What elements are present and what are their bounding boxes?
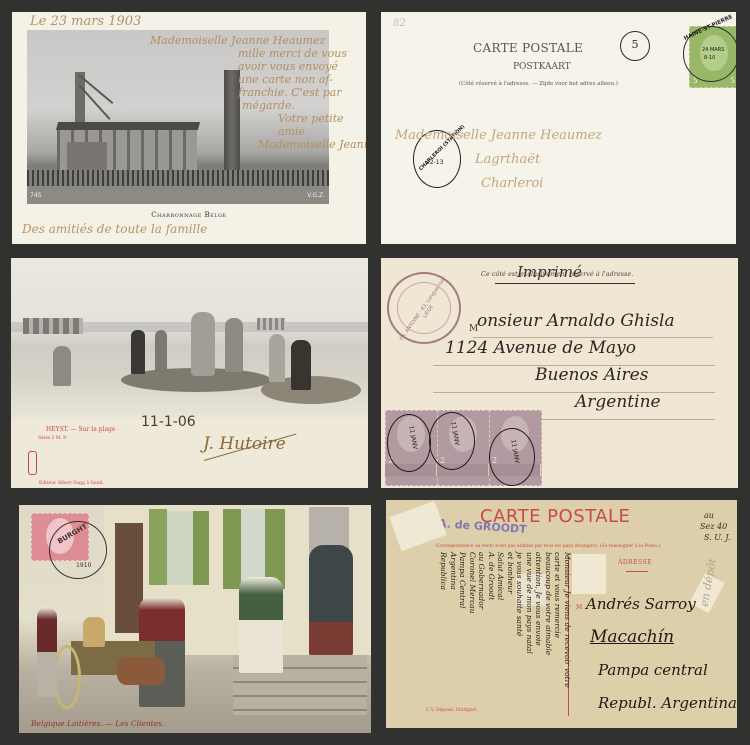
address-instruction: (Côté réservé à l'adresse. — Zijde voor … xyxy=(459,81,618,87)
postcard-charbonnage-front: Le 23 mars 1903 745 V.G.Z. Mademoiselle … xyxy=(12,12,366,244)
signature: J. Hutoire xyxy=(203,434,286,454)
photo-caption: HEYST. — Sur la plage xyxy=(46,426,115,433)
postcard-laitieres-front: BURGHT 1910 Belgique Laitières. — Les Cl… xyxy=(19,505,371,733)
handwritten-imprime: Imprimé xyxy=(517,263,582,281)
postcard-heyst-front: 11-1-06 HEYST. — Sur la plage Série 2 M.… xyxy=(11,258,368,488)
beach-cabins xyxy=(23,318,83,334)
burght-postmark: BURGHT 1910 xyxy=(49,521,107,579)
sender-cachet: FR. ANTOINE · 63, Longue rue · LIÈGE xyxy=(387,272,461,344)
handwritten-address: onsieur Arnaldo Ghisla 1124 Avenue de Ma… xyxy=(477,308,675,416)
green-shutter xyxy=(241,509,265,585)
handwritten-date: Le 23 mars 1903 xyxy=(30,14,141,29)
cart-wheel xyxy=(53,645,81,709)
green-shutter xyxy=(193,511,209,585)
postcard-laitieres-back: CARTE POSTALE A. de GROODT Correspondanc… xyxy=(386,500,737,728)
departure-postmark: HAINE-ST-PIERRE 24 MARS 8-10 xyxy=(683,26,736,82)
milkmaid xyxy=(239,577,283,673)
postage-stamp-strip: 2 2 2 11 JANV 11 JANV 11 JANV xyxy=(385,410,541,486)
handwritten-date: 11-1-06 xyxy=(141,414,196,430)
green-shutter xyxy=(149,509,167,585)
publisher-logo xyxy=(28,451,37,475)
photo-caption: Charbonnage Belge xyxy=(12,211,366,219)
postcard-heyst-back: Ce côté est exclusivement réservé à l'ad… xyxy=(381,258,738,488)
handwritten-message: Mademoiselle Jeanne Heaumez mille merci … xyxy=(150,34,366,151)
woman-at-door xyxy=(309,545,353,655)
printer-imprint: C.V. Déposé, Stuttgart xyxy=(426,708,477,713)
fence xyxy=(27,170,329,186)
card-title: CARTE POSTALE xyxy=(473,41,583,55)
series-number: Série 2 M. 9 xyxy=(38,436,66,441)
card-subtitle: POSTKAART xyxy=(513,62,571,72)
tax-circle-mark: 5 xyxy=(620,31,650,61)
photo-mark-right: V.G.Z. xyxy=(307,192,325,199)
address-label: ADRESSE xyxy=(618,559,652,566)
corner-pencil-note: 82 xyxy=(393,18,406,29)
child-figure xyxy=(53,346,71,386)
child-figure xyxy=(37,607,57,697)
draught-dog xyxy=(117,657,165,685)
green-shutter xyxy=(167,511,193,585)
corner-note: au Sez 40 S. U. J. xyxy=(704,510,731,543)
postcard-charbonnage-back: 82 CARTE POSTALE POSTKAART (Côté réservé… xyxy=(381,12,736,244)
publisher-imprint: Éditeur Albert Sugg à Gand. xyxy=(39,481,104,486)
green-shutter xyxy=(223,509,241,589)
photo-mark-left: 745 xyxy=(30,192,41,199)
beach-photo xyxy=(11,258,368,420)
handwritten-message: Monsieur Je viens de recevoir votre cart… xyxy=(439,552,572,722)
photo-caption: Belgique Laitières. — Les Clientes. xyxy=(31,719,164,728)
address-prefix: M xyxy=(576,604,582,611)
handwritten-greeting: Des amitiés de toute la famille xyxy=(22,222,207,236)
anvers-postmark xyxy=(387,414,431,472)
handwritten-address: Mademoiselle Jeanne Heaumez Lagrthaët Ch… xyxy=(395,124,602,196)
handwritten-address: Andrés Sarroy Macachín Pampa central Rep… xyxy=(586,588,737,720)
correspondence-notice: Correspondance au recto n'est pas admise… xyxy=(436,544,660,549)
